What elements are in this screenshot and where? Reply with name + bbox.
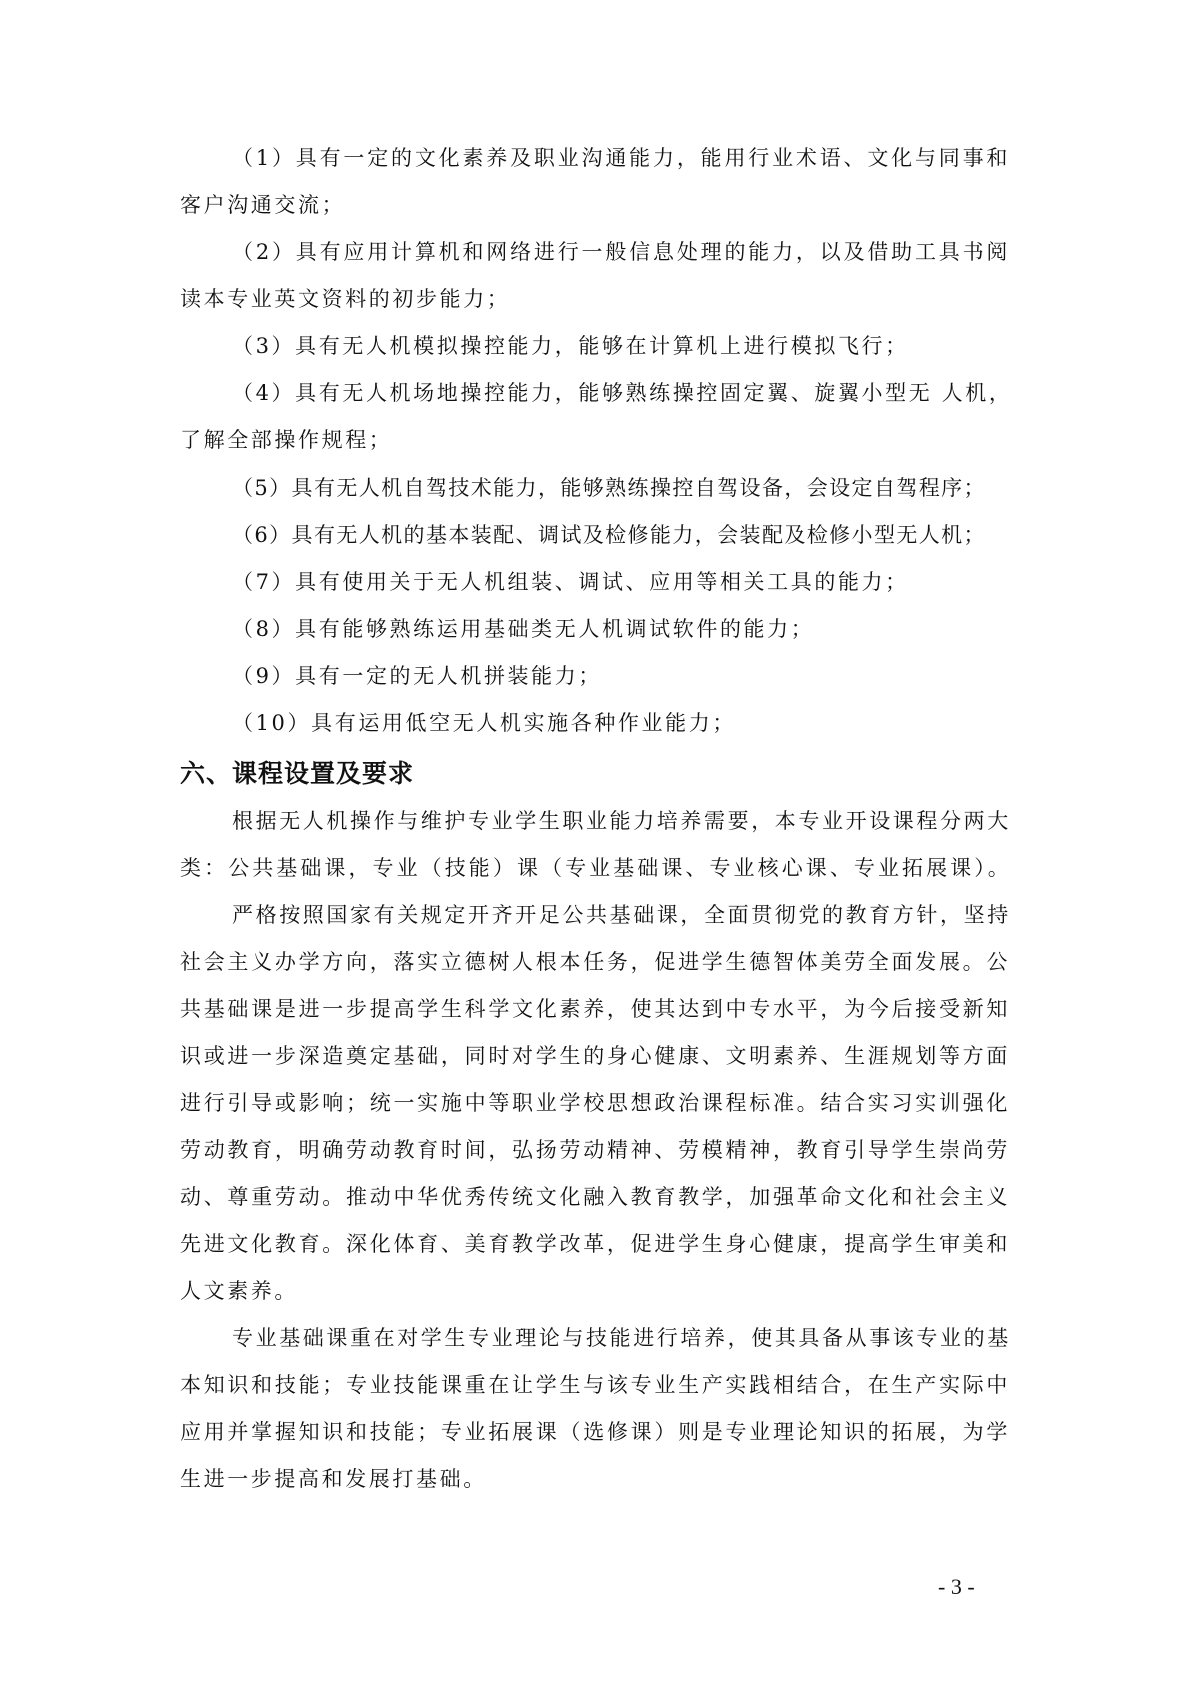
ability-item-1-line-1: （1）具有一定的文化素养及职业沟通能力，能用行业术语、文化与同事和 xyxy=(232,143,1010,173)
paragraph-3-line-1: 专业基础课重在对学生专业理论与技能进行培养，使其具备从事该专业的基 xyxy=(232,1323,1010,1353)
ability-item-2-line-2: 读本专业英文资料的初步能力； xyxy=(180,284,1010,314)
paragraph-2-line-6: 劳动教育，明确劳动教育时间，弘扬劳动精神、劳模精神，教育引导学生崇尚劳 xyxy=(180,1135,1010,1165)
paragraph-2-line-3: 共基础课是进一步提高学生科学文化素养，使其达到中专水平，为今后接受新知 xyxy=(180,994,1010,1024)
paragraph-3-line-3: 应用并掌握知识和技能；专业拓展课（选修课）则是专业理论知识的拓展，为学 xyxy=(180,1417,1010,1447)
ability-item-4-line-1: （4）具有无人机场地操控能力，能够熟练操控固定翼、旋翼小型无 人机， xyxy=(232,378,1010,408)
page-number: - 3 - xyxy=(938,1572,975,1602)
document-page: （1）具有一定的文化素养及职业沟通能力，能用行业术语、文化与同事和 客户沟通交流… xyxy=(0,0,1191,1684)
ability-item-8: （8）具有能够熟练运用基础类无人机调试软件的能力； xyxy=(232,614,1062,644)
paragraph-2-line-8: 先进文化教育。深化体育、美育教学改革，促进学生身心健康，提高学生审美和 xyxy=(180,1229,1010,1259)
ability-item-2-line-1: （2）具有应用计算机和网络进行一般信息处理的能力，以及借助工具书阅 xyxy=(232,237,1010,267)
ability-item-7: （7）具有使用关于无人机组装、调试、应用等相关工具的能力； xyxy=(232,567,1062,597)
paragraph-2-line-9: 人文素养。 xyxy=(180,1276,1010,1306)
ability-item-3: （3）具有无人机模拟操控能力，能够在计算机上进行模拟飞行； xyxy=(232,331,1062,361)
paragraph-3-line-2: 本知识和技能；专业技能课重在让学生与该专业生产实践相结合，在生产实际中 xyxy=(180,1370,1010,1400)
paragraph-2-line-7: 动、尊重劳动。推动中华优秀传统文化融入教育教学，加强革命文化和社会主义 xyxy=(180,1182,1010,1212)
paragraph-2-line-4: 识或进一步深造奠定基础，同时对学生的身心健康、文明素养、生涯规划等方面 xyxy=(180,1041,1010,1071)
paragraph-3-line-4: 生进一步提高和发展打基础。 xyxy=(180,1464,1010,1494)
ability-item-5: （5）具有无人机自驾技术能力，能够熟练操控自驾设备，会设定自驾程序； xyxy=(232,473,1062,503)
ability-item-4-line-2: 了解全部操作规程； xyxy=(180,425,1010,455)
ability-item-10: （10）具有运用低空无人机实施各种作业能力； xyxy=(232,708,1062,738)
section-heading: 六、课程设置及要求 xyxy=(180,757,414,791)
ability-item-6: （6）具有无人机的基本装配、调试及检修能力，会装配及检修小型无人机； xyxy=(232,520,1062,550)
paragraph-2-line-2: 社会主义办学方向，落实立德树人根本任务，促进学生德智体美劳全面发展。公 xyxy=(180,947,1010,977)
paragraph-1-line-2: 类：公共基础课，专业（技能）课（专业基础课、专业核心课、专业拓展课）。 xyxy=(180,853,1010,883)
paragraph-2-line-1: 严格按照国家有关规定开齐开足公共基础课，全面贯彻党的教育方针，坚持 xyxy=(232,900,1010,930)
ability-item-1-line-2: 客户沟通交流； xyxy=(180,190,1010,220)
ability-item-9: （9）具有一定的无人机拼装能力； xyxy=(232,661,1062,691)
paragraph-1-line-1: 根据无人机操作与维护专业学生职业能力培养需要，本专业开设课程分两大 xyxy=(232,806,1010,836)
paragraph-2-line-5: 进行引导或影响；统一实施中等职业学校思想政治课程标准。结合实习实训强化 xyxy=(180,1088,1010,1118)
